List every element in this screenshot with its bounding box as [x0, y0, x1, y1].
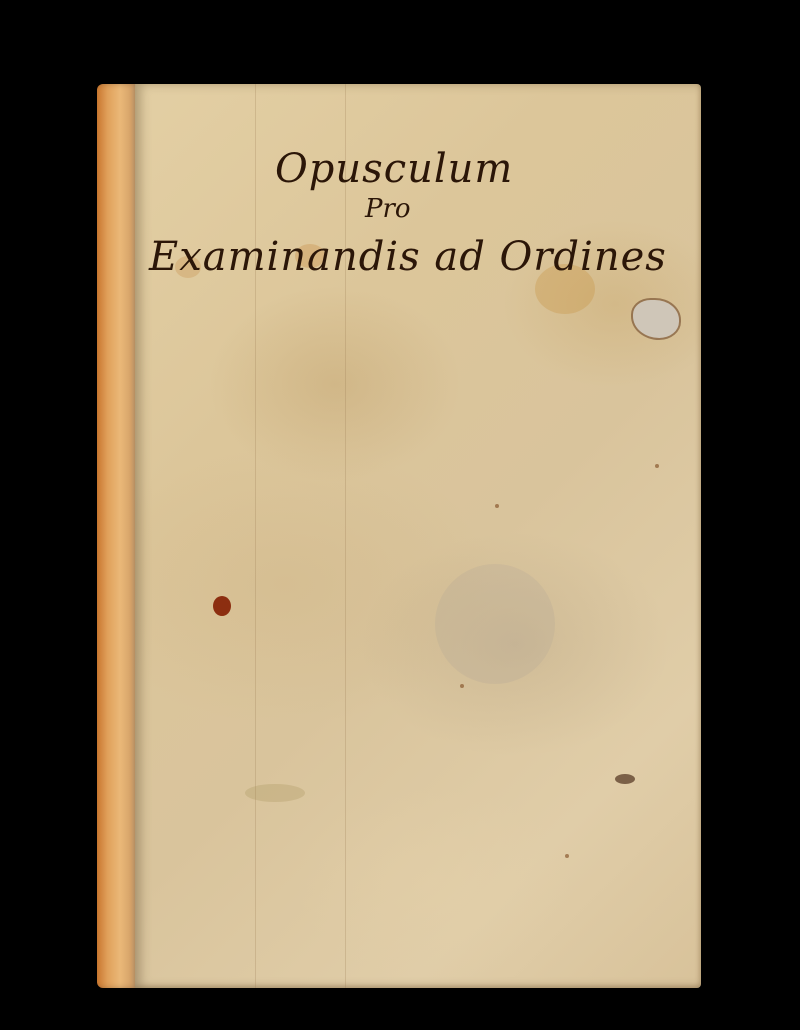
inscription-line-1: Opusculum — [275, 146, 513, 192]
inscription-line-2: Pro — [365, 194, 411, 224]
stain — [435, 564, 555, 684]
speck — [565, 854, 569, 858]
crease — [345, 84, 346, 988]
speck — [460, 684, 464, 688]
speck — [495, 504, 499, 508]
inscription-line-3: Examinandis ad Ordines — [149, 234, 667, 280]
crease — [255, 84, 256, 988]
speck — [655, 464, 659, 468]
stain — [615, 774, 635, 784]
book-cover: Opusculum Pro Examinandis ad Ordines — [135, 84, 701, 988]
book: Opusculum Pro Examinandis ad Ordines — [97, 84, 701, 988]
book-spine — [97, 84, 139, 988]
red-stain — [213, 596, 231, 616]
stain — [245, 784, 305, 802]
worn-hole — [633, 300, 679, 338]
